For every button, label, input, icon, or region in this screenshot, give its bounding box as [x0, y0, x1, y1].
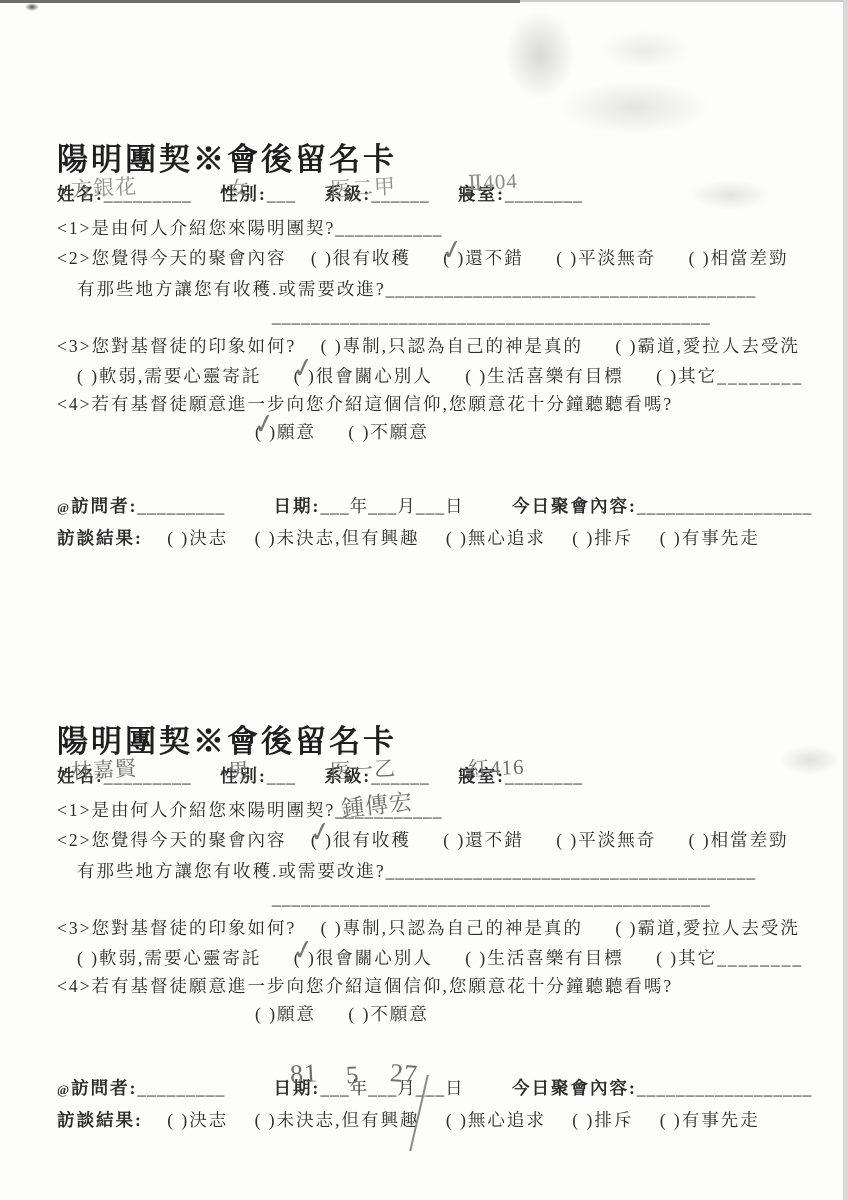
date-field: 日期:___年___月___日81527 — [274, 1075, 464, 1100]
question-1-label: <1>是由何人介紹您來陽明團契? — [57, 800, 335, 820]
content-label: 今日聚會內容: — [512, 1078, 637, 1098]
q4-option-no: ( )不願意 — [348, 419, 429, 444]
content-field: 今日聚會內容:__________________ — [512, 493, 812, 518]
content-blank: __________________ — [637, 496, 813, 516]
result-option-4: ( )排斥 — [572, 525, 633, 550]
date-line: ___年___月___日 — [320, 496, 463, 516]
q3-option-2-label: ( )霸道,愛拉人去受洗 — [615, 918, 799, 938]
q2-option-3: ( )平淡無奇 — [556, 245, 656, 270]
question-3-row: <3>您對基督徒的印象如何? ( )專制,只認為自己的神是真的 ( )霸道,愛拉… — [57, 333, 800, 358]
q4-option-yes: ( )願意 — [255, 1001, 316, 1026]
question-3-label: <3>您對基督徒的印象如何? — [57, 336, 296, 356]
q4-option-no: ( )不願意 — [348, 1001, 429, 1026]
question-3-row-2: ( )軟弱,需要心靈寄託 ✓( )很會關心別人 ( )生活喜樂有目標 ( )其它… — [77, 945, 803, 970]
name-handwriting: 方銀花 — [70, 170, 137, 203]
dorm-field: 寢室:________Ⅱ404 — [458, 181, 583, 206]
date-day-handwriting: 27 — [389, 1058, 419, 1090]
q3-option-5: ( )生活喜樂有目標 — [465, 363, 624, 388]
question-3-label: <3>您對基督徒的印象如何? — [57, 918, 296, 938]
gender-blank: ___ — [267, 184, 296, 204]
gender-field: 性別:___女 — [220, 181, 296, 206]
q3-option-3-label: ( )軟弱,需要心靈寄託 — [77, 948, 261, 968]
q2-option-1: ( )很有收穫 — [311, 245, 411, 270]
question-1-row: <1>是由何人介紹您來陽明團契?___________ — [57, 215, 443, 240]
class-field: 系級:______医一乙 — [324, 763, 429, 788]
result-option-1: ( )決志 — [167, 525, 228, 550]
feedback-card-2: 陽明團契※會後留名卡 姓名:_________林嘉賢 性別:___男 系級:__… — [0, 716, 848, 1186]
gender-handwriting: 男 — [227, 754, 251, 785]
q4-option-no-label: ( )不願意 — [348, 422, 429, 442]
q3-option-6: ( )其它________ — [656, 945, 803, 970]
result-option-4: ( )排斥 — [572, 1107, 633, 1132]
scan-smudge — [600, 30, 690, 70]
dorm-handwriting: 紅416 — [467, 751, 525, 784]
result-label: 訪談結果: — [57, 1110, 143, 1130]
question-3-row: <3>您對基督徒的印象如何? ( )專制,只認為自己的神是真的 ( )霸道,愛拉… — [57, 915, 800, 940]
q2-followup-blank: ______________________________________ — [386, 861, 757, 881]
question-1-label: <1>是由何人介紹您來陽明團契? — [57, 218, 335, 238]
question-4-label: <4>若有基督徒願意進一步向您介紹這個信仰,您願意花十分鐘聽聽看嗎? — [57, 394, 673, 414]
q3-option-1: ( )專制,只認為自己的神是真的 — [321, 915, 583, 940]
q2-option-2-label: ( )還不錯 — [443, 830, 524, 850]
question-2-label: <2>您覺得今天的聚會內容 — [57, 248, 287, 268]
question-4-row: <4>若有基督徒願意進一步向您介紹這個信仰,您願意花十分鐘聽聽看嗎? — [57, 391, 673, 416]
header-fields-row: 姓名:_________方銀花 性別:___女 系級:______医二甲 寢室:… — [57, 181, 605, 206]
question-2-followup-row: 有那些地方讓您有收穫.或需要改進?_______________________… — [77, 276, 756, 301]
name-handwriting: 林嘉賢 — [70, 752, 137, 785]
q2-option-4: ( )相當差勁 — [689, 245, 789, 270]
q3-option-1: ( )專制,只認為自己的神是真的 — [321, 333, 583, 358]
answer-continuation-line: ________________________________________… — [272, 888, 711, 909]
question-3-row-2: ( )軟弱,需要心靈寄託 ✓( )很會關心別人 ( )生活喜樂有目標 ( )其它… — [77, 363, 803, 388]
scan-smudge — [560, 80, 710, 135]
class-handwriting: 医一乙 — [330, 752, 397, 785]
q2-option-1-label: ( )很有收穫 — [311, 248, 411, 268]
question-1: <1>是由何人介紹您來陽明團契?___________ — [57, 215, 443, 240]
q3-option-1-label: ( )專制,只認為自己的神是真的 — [321, 336, 583, 356]
q3-option-2: ( )霸道,愛拉人去受洗 — [615, 915, 799, 940]
q3-option-6-label: ( )其它________ — [656, 948, 803, 968]
q2-option-3-label: ( )平淡無奇 — [556, 830, 656, 850]
visitor-field: @訪問者:_________ — [57, 493, 225, 518]
question-1-blank: ___________ — [335, 218, 442, 238]
question-2-row: <2>您覺得今天的聚會內容 ✓( )很有收穫 ( )還不錯 ( )平淡無奇 ( … — [57, 827, 789, 852]
q3-option-6: ( )其它________ — [656, 363, 803, 388]
q2-option-2: ✓( )還不錯 — [443, 245, 524, 270]
q3-option-1-label: ( )專制,只認為自己的神是真的 — [321, 918, 583, 938]
class-field: 系級:______医二甲 — [324, 181, 429, 206]
checkmark: ✓ — [438, 233, 467, 268]
q3-option-3-label: ( )軟弱,需要心靈寄託 — [77, 366, 261, 386]
visitor-row: @訪問者:_________ 日期:___年___月___日81527 今日聚會… — [57, 1075, 812, 1100]
content-field: 今日聚會內容:__________________ — [512, 1075, 812, 1100]
q3-option-3: ( )軟弱,需要心靈寄託 — [77, 363, 261, 388]
q2-option-1: ✓( )很有收穫 — [311, 827, 411, 852]
q3-option-5: ( )生活喜樂有目標 — [465, 945, 624, 970]
question-1-row: <1>是由何人介紹您來陽明團契?___________鍾傳宏 — [57, 797, 443, 822]
result-option-3: ( )無心追求 — [446, 1107, 546, 1132]
date-field: 日期:___年___月___日 — [274, 493, 464, 518]
q2-option-3: ( )平淡無奇 — [556, 827, 656, 852]
result-row: 訪談結果: ( )決志 ( )未決志,但有興趣 ( )無心追求 ( )排斥 ( … — [57, 525, 780, 550]
scan-smudge — [505, 10, 575, 100]
q4-option-no-label: ( )不願意 — [348, 1004, 429, 1024]
result-option-5: ( )有事先走 — [660, 525, 760, 550]
q3-option-6-label: ( )其它________ — [656, 366, 803, 386]
q2-followup-blank: ______________________________________ — [386, 279, 757, 299]
result-option-5: ( )有事先走 — [660, 1107, 760, 1132]
visitor-field: @訪問者:_________ — [57, 1075, 225, 1100]
continuation-blank: ________________________________________… — [272, 888, 711, 908]
class-handwriting: 医二甲 — [330, 170, 397, 203]
result-option-2: ( )未決志,但有興趣 — [255, 1107, 420, 1132]
at-mark: @ — [57, 1082, 71, 1097]
dorm-field: 寢室:________紅416 — [458, 763, 583, 788]
question-2-label: <2>您覺得今天的聚會內容 — [57, 830, 287, 850]
answer-continuation-line: ________________________________________… — [272, 306, 711, 327]
dorm-handwriting: Ⅱ404 — [467, 169, 518, 197]
result-option-3: ( )無心追求 — [446, 525, 546, 550]
q3-option-3: ( )軟弱,需要心靈寄託 — [77, 945, 261, 970]
q2-option-4: ( )相當差勁 — [689, 827, 789, 852]
visitor-label: 訪問者: — [71, 1078, 137, 1098]
q3-option-5-label: ( )生活喜樂有目標 — [465, 366, 624, 386]
date-year-handwriting: 81 — [289, 1058, 319, 1089]
question-4-label: <4>若有基督徒願意進一步向您介紹這個信仰,您願意花十分鐘聽聽看嗎? — [57, 976, 673, 996]
gender-blank: ___ — [267, 766, 296, 786]
q2-followup-label: 有那些地方讓您有收穫.或需要改進? — [77, 279, 386, 299]
name-field: 姓名:_________林嘉賢 — [57, 763, 192, 788]
name-field: 姓名:_________方銀花 — [57, 181, 192, 206]
visitor-blank: _________ — [137, 1078, 225, 1098]
content-label: 今日聚會內容: — [512, 496, 637, 516]
gender-handwriting: 女 — [227, 172, 251, 203]
q2-option-2: ( )還不錯 — [443, 827, 524, 852]
q2-option-3-label: ( )平淡無奇 — [556, 248, 656, 268]
content-blank: __________________ — [637, 1078, 813, 1098]
q3-option-5-label: ( )生活喜樂有目標 — [465, 948, 624, 968]
q2-followup-label: 有那些地方讓您有收穫.或需要改進? — [77, 861, 386, 881]
continuation-blank: ________________________________________… — [272, 306, 711, 326]
question-4-options-row: ( )願意 ( )不願意 — [255, 1001, 429, 1026]
header-fields-row: 姓名:_________林嘉賢 性別:___男 系級:______医一乙 寢室:… — [57, 763, 605, 788]
date-month-handwriting: 5 — [345, 1062, 360, 1091]
q4-option-yes-label: ( )願意 — [255, 1004, 316, 1024]
visitor-blank: _________ — [137, 496, 225, 516]
gender-field: 性別:___男 — [220, 763, 296, 788]
q3-option-4: ✓( )很會關心別人 — [294, 363, 433, 388]
result-option-2: ( )未決志,但有興趣 — [255, 525, 420, 550]
question-1: <1>是由何人介紹您來陽明團契?___________鍾傳宏 — [57, 797, 443, 822]
date-label: 日期: — [274, 496, 321, 516]
q3-option-2: ( )霸道,愛拉人去受洗 — [615, 333, 799, 358]
result-label: 訪談結果: — [57, 528, 143, 548]
q3-option-4: ✓( )很會關心別人 — [294, 945, 433, 970]
question-2-followup-row: 有那些地方讓您有收穫.或需要改進?_______________________… — [77, 858, 756, 883]
q4-option-yes: ✓( )願意 — [255, 419, 316, 444]
q2-option-4-label: ( )相當差勁 — [689, 248, 789, 268]
question-4-options-row: ✓( )願意 ( )不願意 — [255, 419, 429, 444]
q2-option-4-label: ( )相當差勁 — [689, 830, 789, 850]
scanned-document-page: { "colors": { "ink": "#2b2b2b", "pencil"… — [0, 0, 848, 1200]
feedback-card-1: 陽明團契※會後留名卡 姓名:_________方銀花 性別:___女 系級:__… — [0, 134, 848, 604]
question-4-row: <4>若有基督徒願意進一步向您介紹這個信仰,您願意花十分鐘聽聽看嗎? — [57, 973, 673, 998]
visitor-row: @訪問者:_________ 日期:___年___月___日 今日聚會內容:__… — [57, 493, 812, 518]
result-option-1: ( )決志 — [167, 1107, 228, 1132]
scan-speck — [25, 3, 39, 11]
q3-option-2-label: ( )霸道,愛拉人去受洗 — [615, 336, 799, 356]
q1-answer-area: ___________鍾傳宏 — [335, 800, 442, 821]
scan-edge-top-light — [520, 0, 848, 2]
scan-edge-top — [0, 0, 520, 3]
at-mark: @ — [57, 500, 71, 515]
question-2-row: <2>您覺得今天的聚會內容 ( )很有收穫 ✓( )還不錯 ( )平淡無奇 ( … — [57, 245, 789, 270]
visitor-label: 訪問者: — [71, 496, 137, 516]
